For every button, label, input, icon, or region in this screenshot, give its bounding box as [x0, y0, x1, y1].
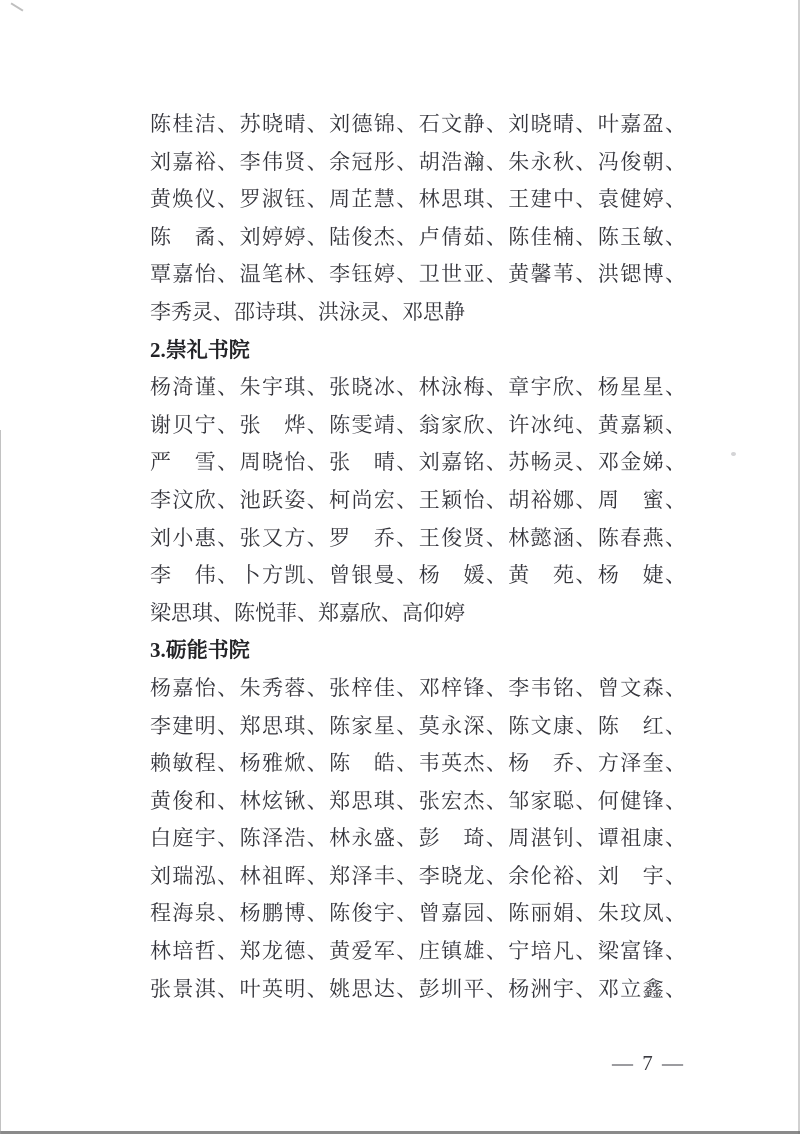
name-list-line: 林培哲、郑龙德、黄爱军、庄镇雄、宁培凡、梁富锋、: [150, 933, 686, 971]
name-list: 陈桂洁、苏晓晴、刘德锦、石文静、刘晓晴、叶嘉盈、刘嘉裕、李伟贤、余冠彤、胡浩瀚、…: [150, 106, 686, 332]
name-list-line: 李汶欣、池跃姿、柯尚宏、王颖怡、胡裕娜、周 蜜、: [150, 482, 686, 520]
name-list: 杨渏谨、朱宇琪、张晓冰、林泳梅、章宇欣、杨星星、谢贝宁、张 烨、陈雯靖、翁家欣、…: [150, 369, 686, 632]
name-list-line: 谢贝宁、张 烨、陈雯靖、翁家欣、许冰纯、黄嘉颖、: [150, 407, 686, 445]
name-list-line: 李建明、郑思琪、陈家星、莫永深、陈文康、陈 红、: [150, 708, 686, 746]
name-list-line: 严 雪、周晓怡、张 晴、刘嘉铭、苏畅灵、邓金娣、: [150, 444, 686, 482]
page-number: — 7 —: [612, 1051, 685, 1076]
name-list-line: 白庭宇、陈泽浩、林永盛、彭 琦、周湛钊、谭祖康、: [150, 820, 686, 858]
section-heading: 3.砺能书院: [150, 632, 686, 670]
name-list-line: 刘瑞泓、林祖晖、郑泽丰、李晓龙、余伦裕、刘 宇、: [150, 858, 686, 896]
name-section-lineng: 3.砺能书院 杨嘉怡、朱秀蓉、张梓佳、邓梓锋、李韦铭、曾文森、李建明、郑思琪、陈…: [150, 632, 686, 1008]
name-list-line: 覃嘉怡、温笔林、李钰婷、卫世亚、黄馨苇、洪锶博、: [150, 256, 686, 294]
name-list-line: 陈桂洁、苏晓晴、刘德锦、石文静、刘晓晴、叶嘉盈、: [150, 106, 686, 144]
section-heading: 2.崇礼书院: [150, 332, 686, 370]
name-list-line: 陈 矞、刘婷婷、陆俊杰、卢倩茹、陈佳楠、陈玉敏、: [150, 219, 686, 257]
name-list-line: 程海泉、杨鹏博、陈俊宇、曾嘉园、陈丽娟、朱玟凤、: [150, 895, 686, 933]
scan-edge-left: [0, 430, 1, 1134]
name-list-line: 杨嘉怡、朱秀蓉、张梓佳、邓梓锋、李韦铭、曾文森、: [150, 670, 686, 708]
name-list-line: 李秀灵、邵诗琪、洪泳灵、邓思静: [150, 294, 686, 332]
name-list-line: 刘小惠、张又方、罗 乔、王俊贤、林懿涵、陈春燕、: [150, 520, 686, 558]
name-list-line: 梁思琪、陈悦菲、郑嘉欣、高仰婷: [150, 595, 686, 633]
scan-corner-speck: [11, 2, 24, 11]
document-page: 陈桂洁、苏晓晴、刘德锦、石文静、刘晓晴、叶嘉盈、刘嘉裕、李伟贤、余冠彤、胡浩瀚、…: [0, 0, 800, 1134]
name-list-line: 黄俊和、林炫锹、郑思琪、张宏杰、邹家聪、何健锋、: [150, 783, 686, 821]
name-list-line: 黄焕仪、罗淑钰、周芷慧、林思琪、王建中、袁健婷、: [150, 181, 686, 219]
name-list: 杨嘉怡、朱秀蓉、张梓佳、邓梓锋、李韦铭、曾文森、李建明、郑思琪、陈家星、莫永深、…: [150, 670, 686, 1008]
name-section-chongli: 2.崇礼书院 杨渏谨、朱宇琪、张晓冰、林泳梅、章宇欣、杨星星、谢贝宁、张 烨、陈…: [150, 332, 686, 633]
name-list-line: 张景淇、叶英明、姚思达、彭圳平、杨洲宇、邓立鑫、: [150, 971, 686, 1009]
name-list-line: 李 伟、卜方凯、曾银曼、杨 媛、黄 苑、杨 婕、: [150, 557, 686, 595]
name-section-continued: 陈桂洁、苏晓晴、刘德锦、石文静、刘晓晴、叶嘉盈、刘嘉裕、李伟贤、余冠彤、胡浩瀚、…: [150, 106, 686, 332]
name-list-line: 刘嘉裕、李伟贤、余冠彤、胡浩瀚、朱永秋、冯俊朝、: [150, 144, 686, 182]
name-list-line: 赖敏程、杨雅焮、陈 皓、韦英杰、杨 乔、方泽奎、: [150, 745, 686, 783]
scan-smudge: [731, 452, 736, 456]
name-list-line: 杨渏谨、朱宇琪、张晓冰、林泳梅、章宇欣、杨星星、: [150, 369, 686, 407]
text-block: 陈桂洁、苏晓晴、刘德锦、石文静、刘晓晴、叶嘉盈、刘嘉裕、李伟贤、余冠彤、胡浩瀚、…: [150, 106, 686, 1008]
